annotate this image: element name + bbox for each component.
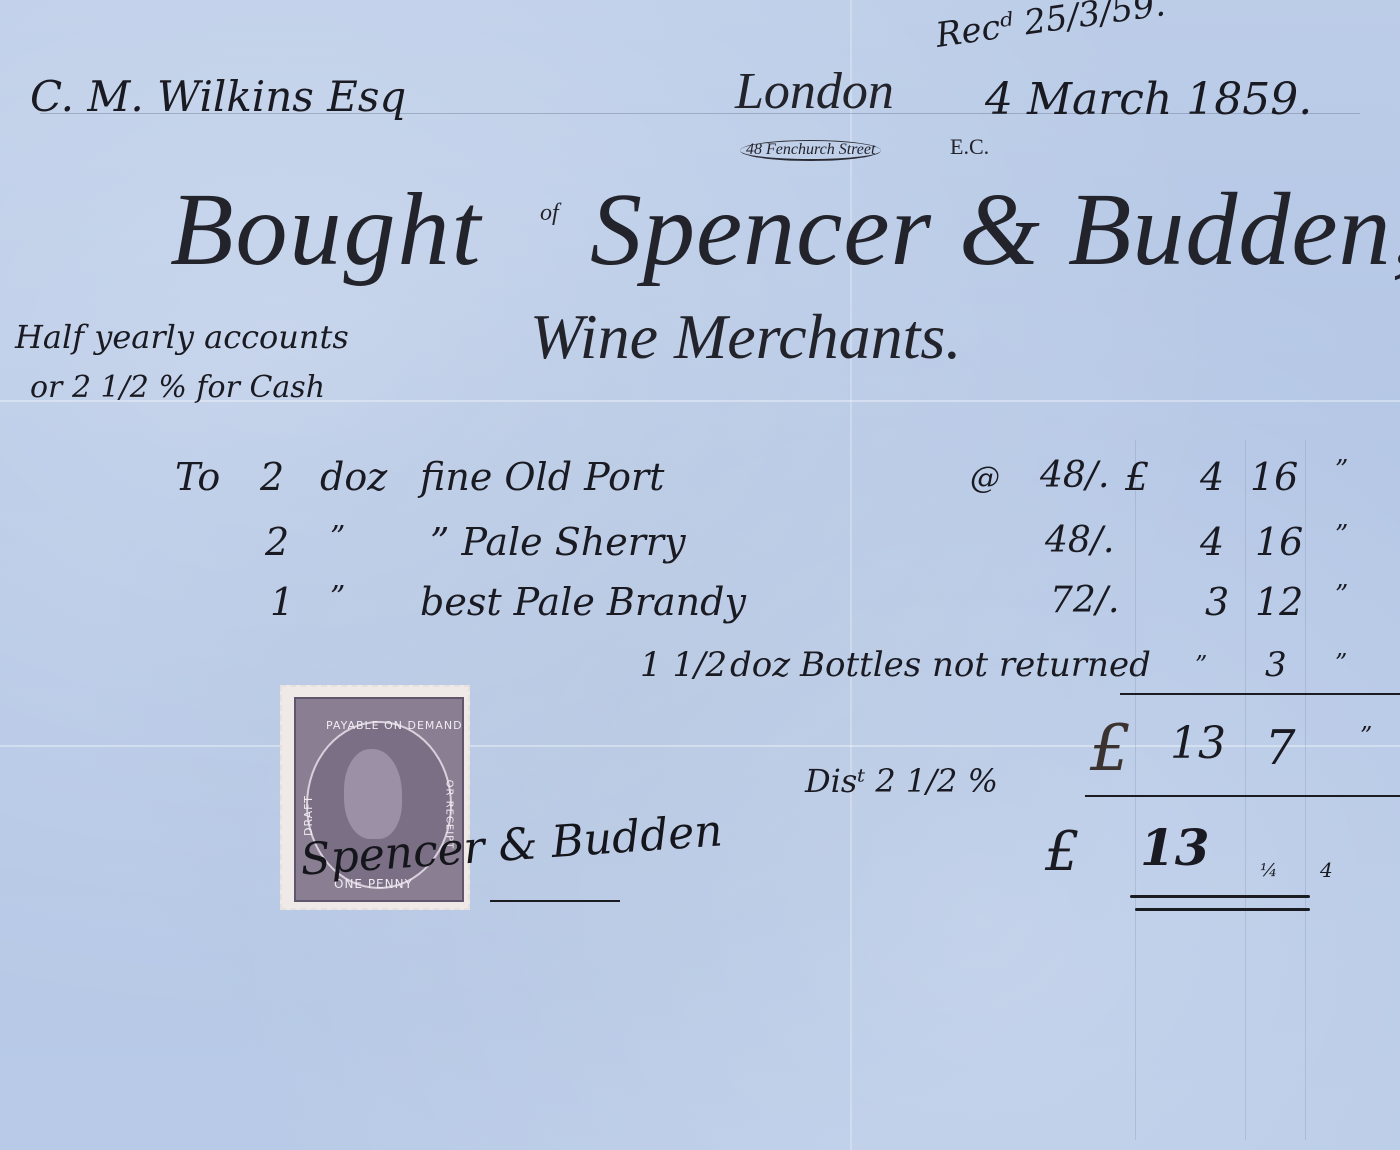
subtotal-currency: £ — [1090, 712, 1131, 786]
item-pence: ” — [1335, 455, 1348, 485]
invoice-date: 4 March 1859. — [985, 74, 1312, 125]
item-rate: 72/. — [1050, 580, 1119, 621]
item-pence: ” — [1335, 580, 1348, 610]
line-item: 2 ” ” Pale Sherry 48/. 4 16 ” — [0, 520, 1400, 580]
trade-description: Wine Merchants. — [530, 300, 961, 374]
item-pounds: 4 — [1200, 520, 1224, 564]
item-prefix: To — [175, 455, 220, 499]
item-qty: 1 1/2 — [640, 645, 727, 685]
item-pounds: 3 — [1205, 580, 1229, 624]
item-pounds: 4 — [1200, 455, 1224, 499]
received-note: Recᵈ 25/3/59. — [933, 0, 1167, 56]
item-unit: ” — [330, 520, 345, 555]
item-unit: ” — [330, 580, 345, 615]
item-qty: 2 — [265, 520, 289, 564]
terms-line-2: or 2 1/2 % for Cash — [30, 370, 325, 405]
signature-underline — [490, 900, 620, 902]
item-shillings: 12 — [1255, 580, 1303, 624]
discount-label: Disᵗ 2 1/2 % — [805, 762, 998, 800]
item-qty: 2 — [260, 455, 284, 499]
item-pence: ” — [1335, 649, 1347, 677]
total-currency: £ — [1045, 820, 1079, 883]
item-shillings: 3 — [1265, 645, 1287, 685]
subtotal-pence: ” — [1360, 722, 1372, 750]
queen-portrait-icon — [344, 749, 402, 839]
item-rate: 48/. — [1045, 520, 1114, 561]
total-pounds: 13 — [1140, 818, 1210, 877]
total-double-rule — [1130, 895, 1310, 898]
item-unit: doz — [730, 645, 790, 685]
stamp-left-text: DRAFT — [302, 795, 315, 836]
item-pounds: ” — [1195, 651, 1207, 679]
total-pence: 4 — [1320, 858, 1333, 882]
subtotal-pounds: 13 — [1170, 718, 1226, 769]
item-rate: 48/. — [1040, 455, 1109, 496]
street-address: 48 Fenchurch Street — [740, 140, 881, 161]
item-description: best Pale Brandy — [420, 580, 746, 624]
stamp-top-text: PAYABLE ON DEMAND — [326, 719, 463, 732]
subtotal-shillings: 7 — [1265, 720, 1296, 776]
item-description: fine Old Port — [420, 455, 664, 499]
total-shillings: ¼ — [1260, 860, 1277, 881]
item-unit: doz — [320, 455, 387, 499]
item-description: ” Pale Sherry — [430, 520, 686, 564]
addressee: C. M. Wilkins Esq — [30, 72, 406, 121]
heading-of: of — [540, 200, 559, 227]
item-at: @ — [970, 461, 1000, 496]
terms-line-1: Half yearly accounts — [15, 318, 349, 356]
item-currency: £ — [1125, 455, 1149, 499]
item-qty: 1 — [270, 580, 294, 624]
heading-bought: Bought — [170, 170, 482, 289]
total-double-rule — [1135, 908, 1310, 911]
item-description: Bottles not returned — [800, 645, 1151, 685]
line-item: To 2 doz fine Old Port @ 48/. £ 4 16 ” — [0, 455, 1400, 515]
firm-name: Spencer & Budden, — [590, 170, 1400, 289]
line-item: 1 1/2 doz Bottles not returned ” 3 ” — [0, 645, 1400, 705]
discount-rule — [1085, 795, 1400, 797]
place: London — [735, 62, 894, 121]
item-shillings: 16 — [1250, 455, 1298, 499]
line-item: 1 ” best Pale Brandy 72/. 3 12 ” — [0, 580, 1400, 640]
item-shillings: 16 — [1255, 520, 1303, 564]
item-pence: ” — [1335, 520, 1348, 550]
subtotal-rule — [1120, 693, 1400, 695]
postal-district: E.C. — [950, 134, 989, 160]
